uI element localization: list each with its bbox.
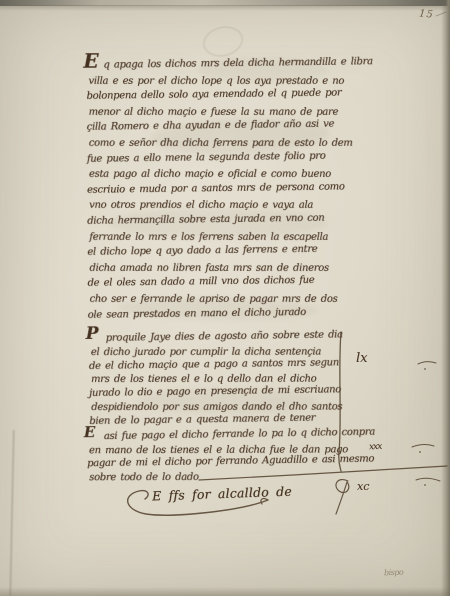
edge-tick-dot-3 — [424, 484, 426, 486]
edge-tick-dot-1 — [424, 368, 426, 370]
page-right-edge — [441, 0, 450, 596]
edge-tick-1 — [418, 362, 436, 364]
page-bottom-shadow — [0, 587, 450, 596]
edge-tick-3 — [416, 478, 440, 481]
margin-tally-xc: xc — [357, 480, 369, 493]
paragraph-3-lines: asi fue pago el dicho ferrande lo pa lo … — [87, 428, 359, 484]
initial-letter: E — [83, 54, 98, 70]
margin-tally-lx: lx — [356, 351, 368, 366]
manuscript-page-scan: 15 E q apaga los dichos mrs dela dicha h… — [0, 0, 450, 596]
margin-tally-xxx: xxx — [369, 442, 382, 453]
manuscript-line: ole sean prestados en mano el dicho jura… — [88, 304, 366, 323]
manuscript-line: dicha hermançilla sobre esta jurada en v… — [87, 210, 365, 229]
manuscript-line: çilla Romero e dha ayudan e de fiador añ… — [87, 116, 365, 135]
paragraph-2: P proquile Jaye dies de agosto año sobre… — [89, 330, 348, 428]
manuscript-line: bolonpena dello solo aya emendado el q p… — [86, 85, 364, 104]
initial-letter: P — [86, 328, 99, 342]
faint-inscription: bispo — [384, 568, 404, 578]
manuscript-line: q apaga los dichos mrs dela dicha herman… — [103, 54, 364, 73]
manuscript-line: asi fue pago el dicho ferrande lo pa lo … — [104, 426, 359, 444]
scan-top-edge-shadow — [0, 5, 450, 11]
paragraph-1-lines: q apaga los dichos mrs dela dicha herman… — [86, 56, 365, 323]
edge-tick-2 — [412, 445, 434, 447]
folio-number: 15 — [419, 8, 435, 20]
manuscript-line: jurado lo dio e pago en presençia de mi … — [89, 383, 347, 401]
manuscript-line: el dicho lope q ayo dado a las ferrens e… — [87, 241, 365, 260]
paragraph-3: E asi fue pago el dicho ferrande lo pa l… — [87, 428, 359, 484]
edge-tick-dot-2 — [419, 451, 421, 453]
manuscript-line: de el oles san dado a mill vno dos dicho… — [87, 272, 365, 291]
manuscript-line: fue pues a ello mene la segunda deste fo… — [87, 148, 365, 167]
initial-letter: E — [84, 426, 95, 440]
paragraph-2-lines: proquile Jaye dies de agosto año sobre e… — [89, 330, 348, 428]
manuscript-line: sobre todo de lo dado — [89, 470, 361, 484]
manuscript-line: escriuio e muda por a santos mrs de pers… — [87, 179, 365, 198]
notary-signature: E ffs for alcalldo de — [152, 484, 292, 504]
manuscript-line: proquile Jaye dies de agosto año sobre e… — [106, 328, 347, 345]
paper-crease — [9, 430, 14, 596]
paragraph-flourish — [336, 480, 349, 514]
paragraph-1: E q apaga los dichos mrs dela dicha herm… — [86, 56, 365, 323]
watermark-ring — [200, 23, 246, 61]
